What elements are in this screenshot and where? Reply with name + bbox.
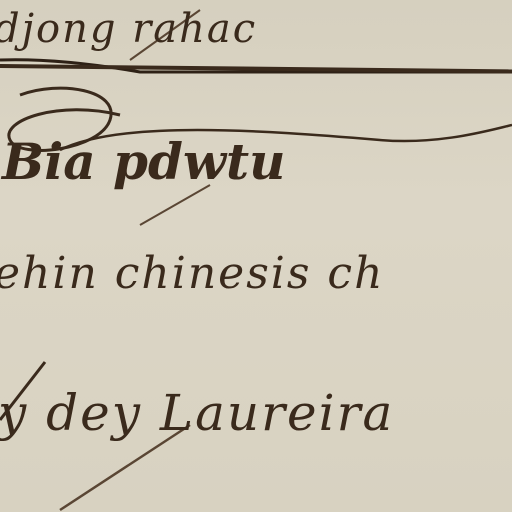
- manuscript-line-4: y dey Laureira: [0, 384, 394, 442]
- manuscript-page: djong rahac Bia pdwtu ehin chinesis ch y…: [0, 0, 512, 512]
- manuscript-line-3: ehin chinesis ch: [0, 248, 384, 299]
- manuscript-line-2: Bia pdwtu: [2, 132, 285, 191]
- manuscript-line-1: djong rahac: [0, 6, 257, 52]
